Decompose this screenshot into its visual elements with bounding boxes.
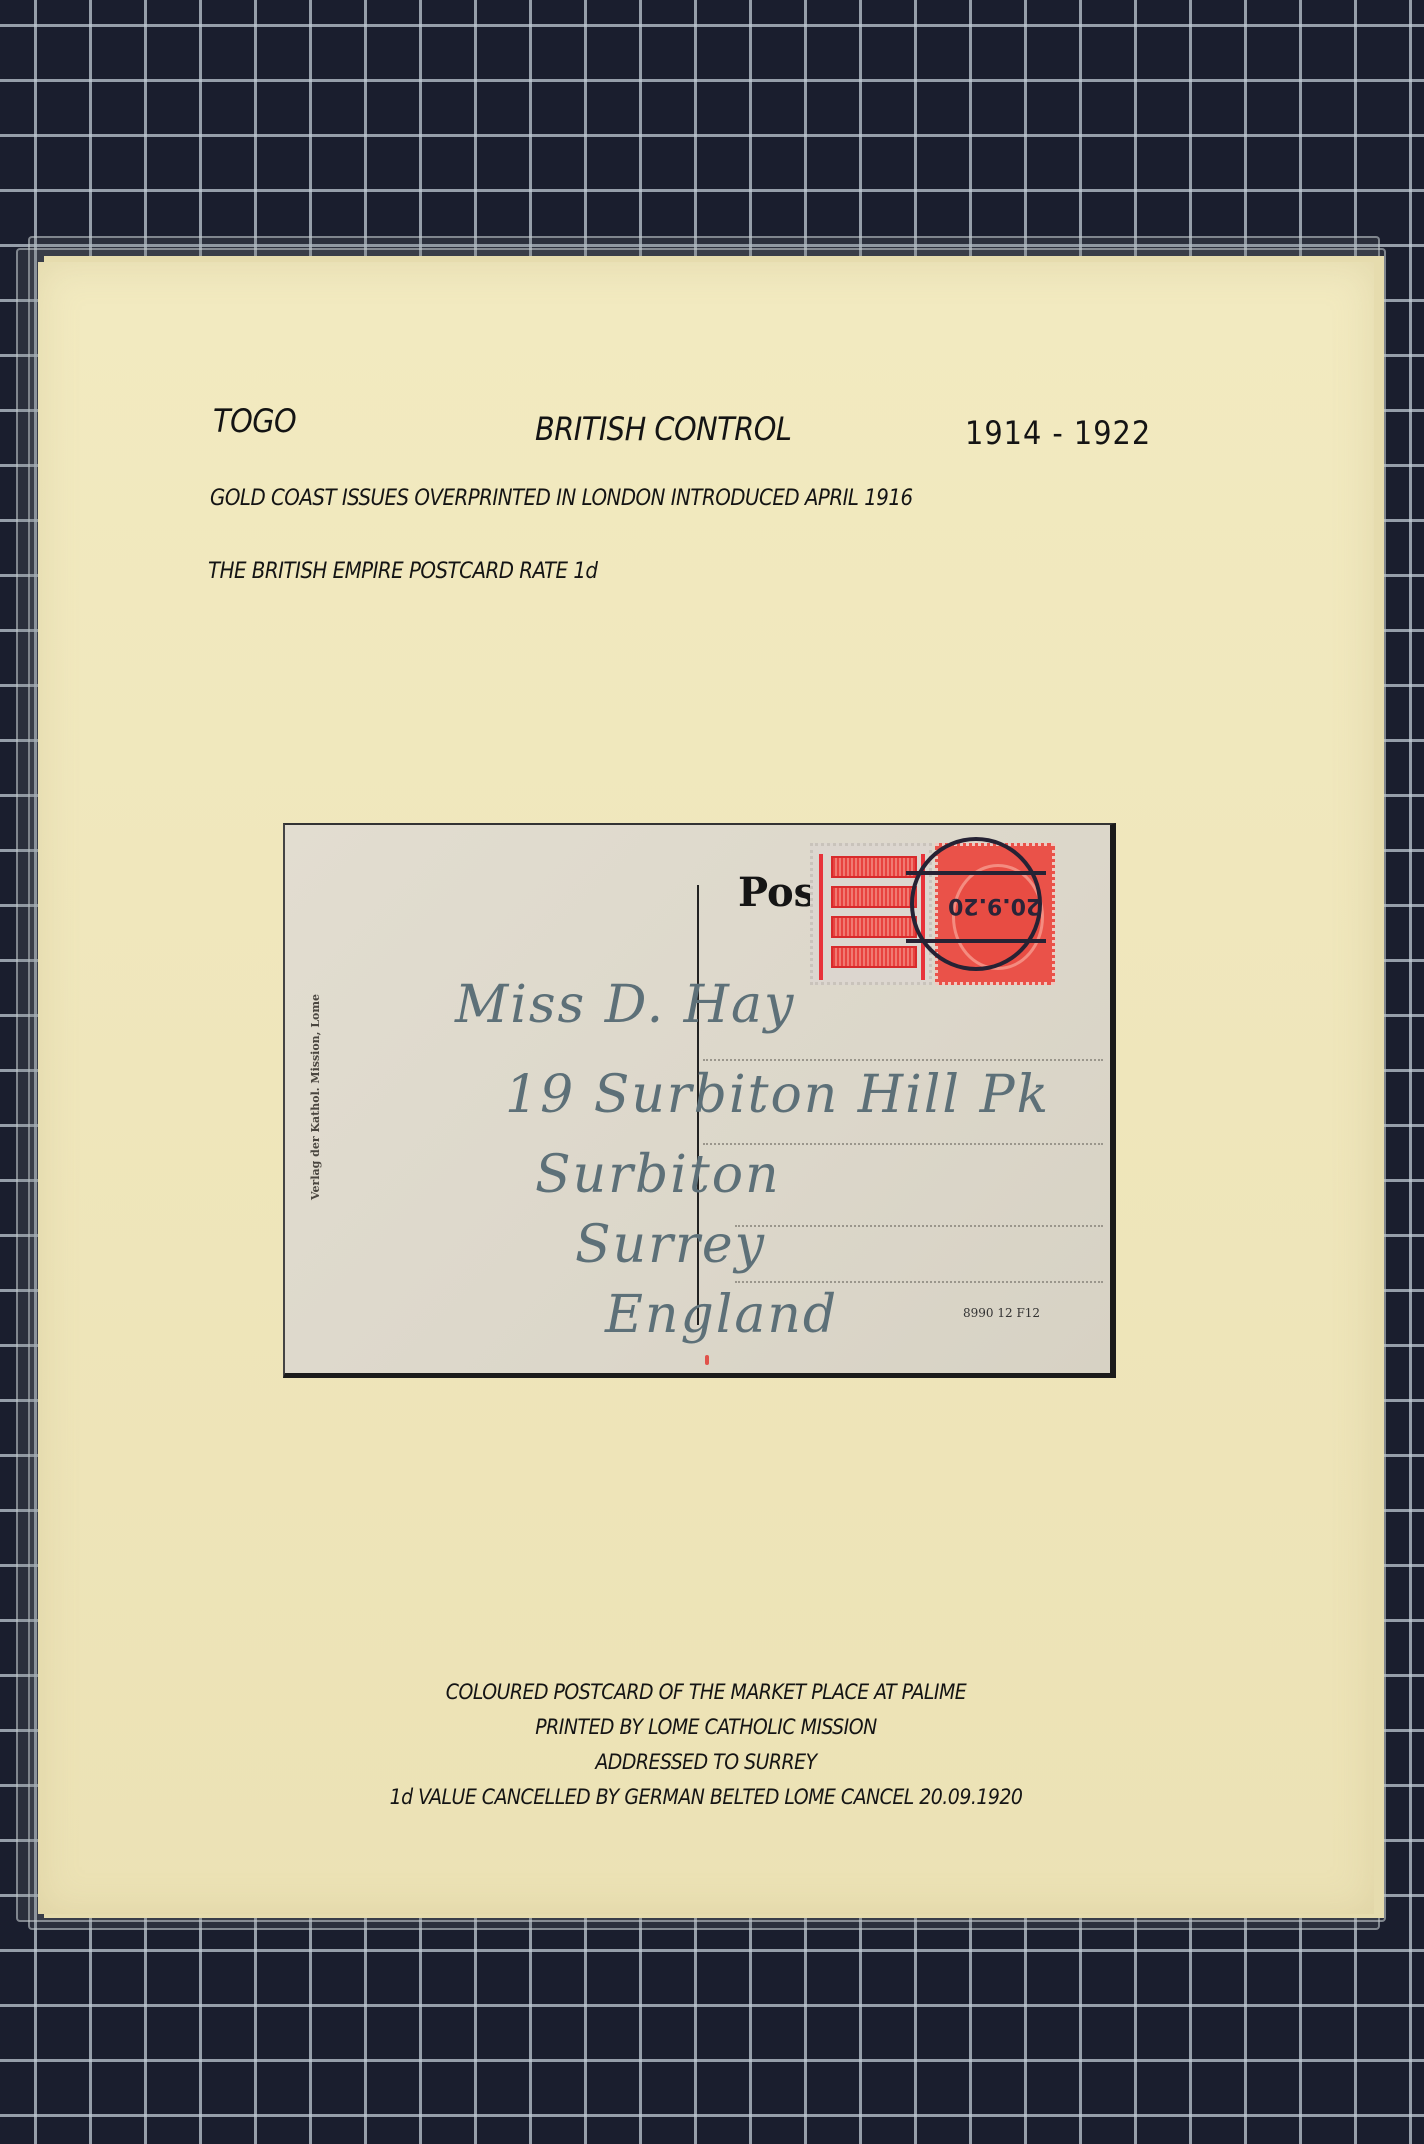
note-issue: GOLD COAST ISSUES OVERPRINTED IN LONDON … xyxy=(210,486,913,511)
address-line-1 xyxy=(703,1059,1103,1061)
note-rate: THE BRITISH EMPIRE POSTCARD RATE 1d xyxy=(208,559,598,584)
caption-line-4: 1d VALUE CANCELLED BY GERMAN BELTED LOME… xyxy=(38,1785,1374,1809)
stamp-block: 20.9.20 xyxy=(810,843,1095,985)
album-page: TOGO BRITISH CONTROL 1914 - 1922 GOLD CO… xyxy=(38,262,1374,1914)
address-town: Surbiton xyxy=(535,1145,781,1205)
ink-spot xyxy=(705,1355,709,1365)
address-street: 19 Surbiton Hill Pk xyxy=(505,1065,1050,1125)
caption-line-2: PRINTED BY LOME CATHOLIC MISSION xyxy=(38,1715,1374,1739)
postcard: Verlag der Kathol. Mission, Lome Post Mi… xyxy=(283,823,1116,1378)
publisher-imprint: Verlag der Kathol. Mission, Lome xyxy=(309,970,335,1200)
address-recipient: Miss D. Hay xyxy=(455,975,795,1035)
caption-line-1: COLOURED POSTCARD OF THE MARKET PLACE AT… xyxy=(38,1680,1374,1704)
address-line-3 xyxy=(735,1225,1103,1227)
page-subject-title: BRITISH CONTROL xyxy=(535,410,791,448)
caption-line-3: ADDRESSED TO SURREY xyxy=(38,1750,1374,1774)
page-period: 1914 - 1922 xyxy=(965,414,1151,452)
postmark-date: 20.9.20 xyxy=(948,893,1041,918)
address-county: Surrey xyxy=(575,1215,766,1275)
catalogue-number: 8990 12 F12 xyxy=(963,1306,1040,1320)
address-country: England xyxy=(605,1285,838,1345)
page-country-title: TOGO xyxy=(213,402,296,440)
address-line-4 xyxy=(735,1281,1103,1283)
